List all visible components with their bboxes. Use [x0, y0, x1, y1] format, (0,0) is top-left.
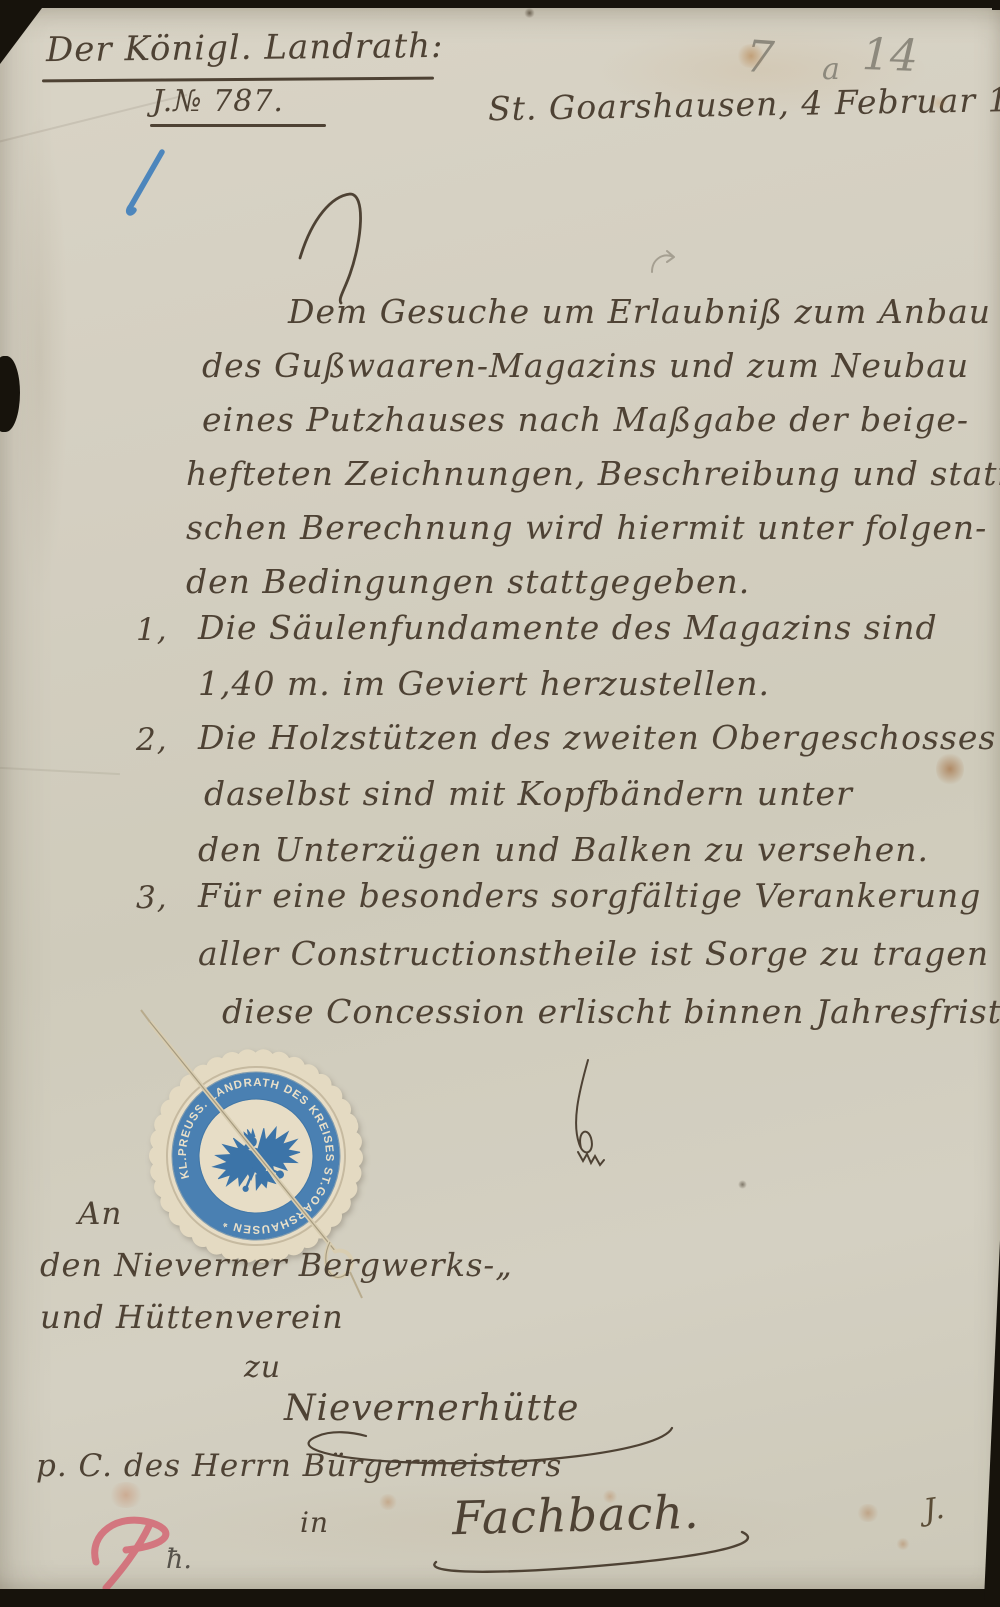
address-zu: zu: [244, 1350, 281, 1385]
stain: [602, 1490, 618, 1503]
seal-thread-core: [150, 1022, 336, 1252]
stain: [738, 1180, 747, 1189]
photograph-of-letter: Der Königl. Landrath: J.№ 787. 7 a 14 St…: [0, 0, 1000, 1607]
address-place: Nievernerhütte: [284, 1388, 579, 1429]
pencil-hook-mark: [652, 251, 674, 272]
photo-edge-right-top: [992, 0, 1000, 10]
stain: [736, 44, 766, 68]
address-line1: den Nieverner Bergwerks-„: [40, 1246, 513, 1284]
initial-flourish: [300, 194, 361, 303]
stain: [896, 1538, 910, 1550]
pencil-initial: ħ.: [166, 1544, 192, 1575]
seal-thread-tail-top: [141, 1010, 150, 1022]
address-town: Fachbach.: [451, 1485, 700, 1545]
stain: [524, 8, 535, 18]
photo-edge-bottom: [0, 1589, 1000, 1607]
stain: [936, 752, 964, 786]
stain: [856, 1504, 880, 1522]
address-line2: und Hüttenverein: [40, 1298, 344, 1336]
stain: [378, 1494, 398, 1510]
blue-checkmark: [129, 152, 162, 213]
stain: [930, 96, 948, 110]
stain: [108, 1482, 144, 1508]
red-crayon-paraph: [95, 1520, 166, 1588]
ink-paraph-squiggle: [576, 1060, 604, 1165]
address-salutation: An: [78, 1196, 122, 1232]
address-in: in: [300, 1506, 329, 1539]
photo-edge-top: [0, 0, 1000, 8]
ink-marks-overlay: [0, 0, 1000, 1607]
address-care-of: p. C. des Herrn Bürgermeisters: [36, 1448, 562, 1484]
